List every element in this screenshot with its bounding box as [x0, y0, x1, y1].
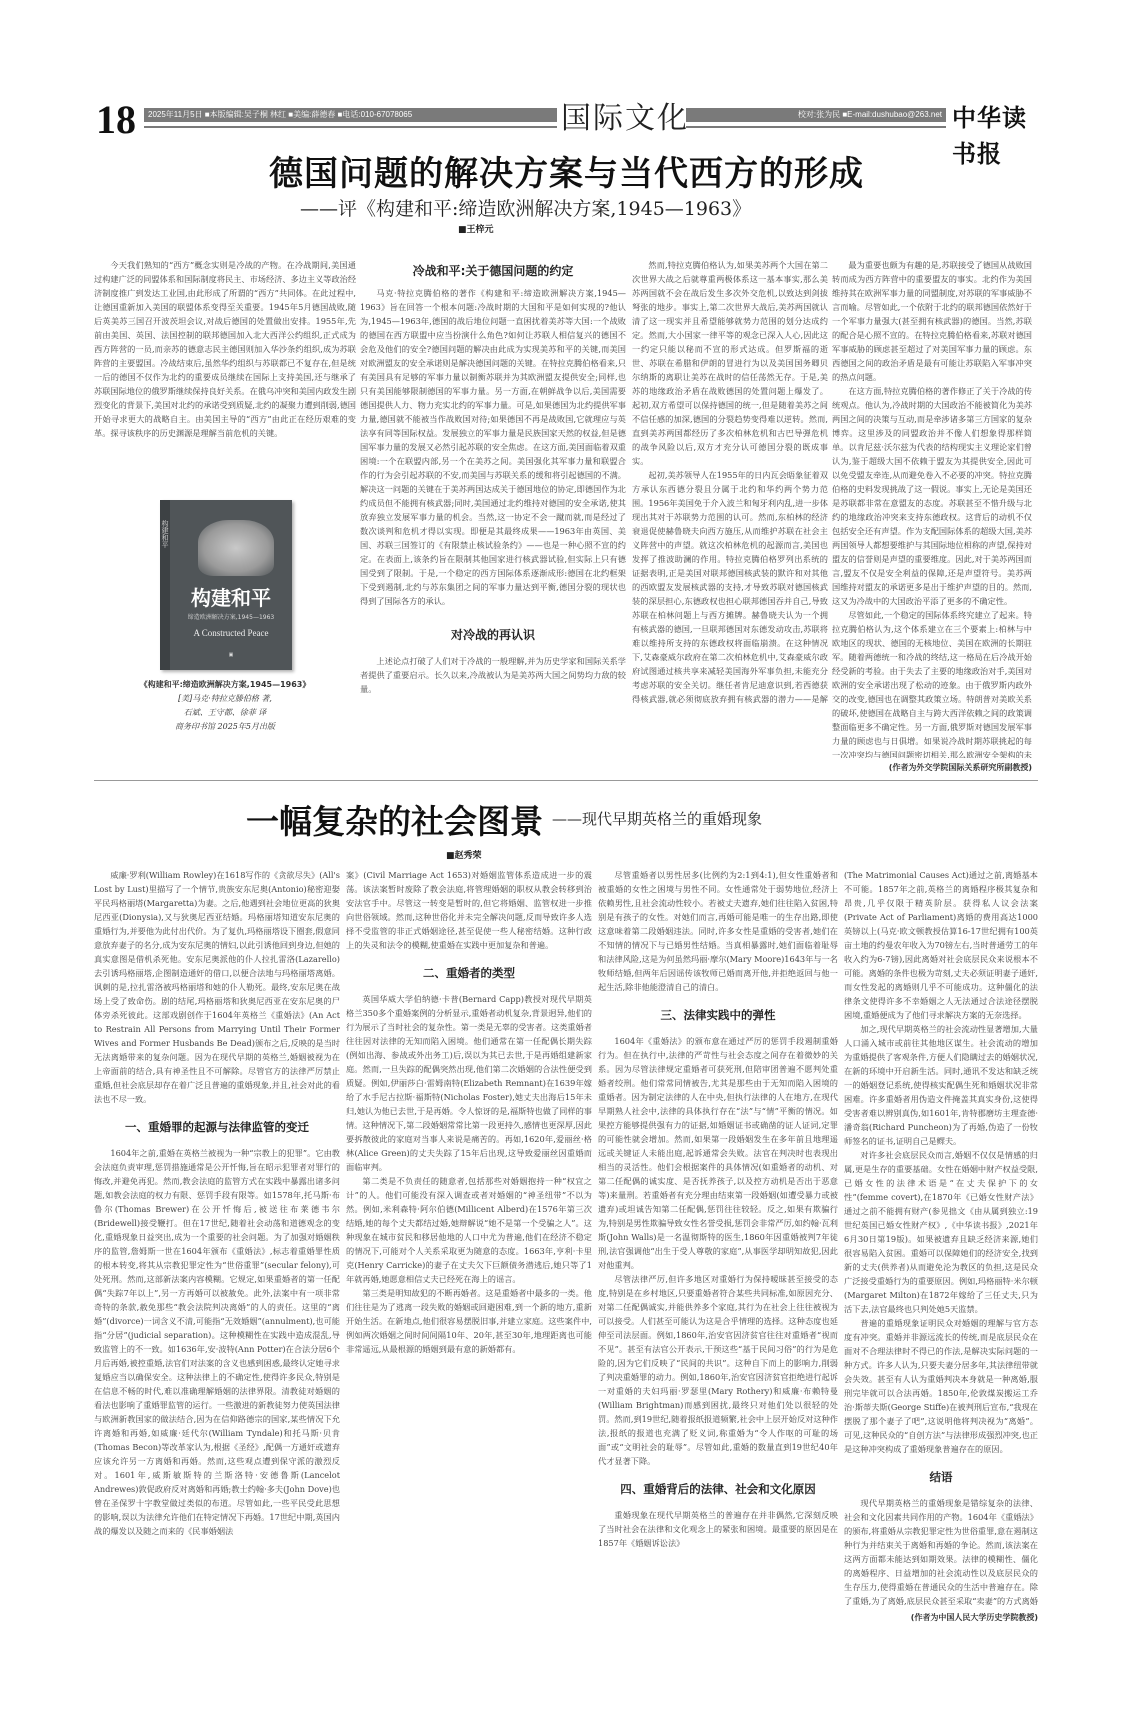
article2-conclusion-heading: 结语 [844, 1466, 1038, 1488]
book-caption-author: [美]马克·特拉克滕伯格 著, [94, 692, 356, 706]
article1-paragraph: 在这方面,特拉克腾伯格的著作修正了关于冷战的传统观点。他认为,冷战时期的大国政治… [832, 384, 1032, 608]
masthead-rule-right [686, 126, 946, 128]
masthead-contact-bar: 校对:张为民 ■E-mail:dushubao@263.net [686, 108, 946, 122]
book-caption: 《构建和平:缔造欧洲解决方案,1945—1963》 [美]马克·特拉克滕伯格 著… [94, 678, 356, 734]
article2-paragraph: 重婚现象在现代早期英格兰的普遍存在并非偶然,它深刻反映了当时社会在法律和文化观念… [598, 1508, 838, 1550]
article1-paragraph: 然而,特拉克腾伯格认为,如果美苏两个大国在第二次世界大战之后就尊重两极体系这一基… [632, 258, 828, 468]
article1-column-4: 最为重要也颇为有趣的是,苏联接受了德国从战败国转而成为西方阵营中的重要盟友的事实… [832, 258, 1032, 758]
masthead: 18 2025年11月5日 ■本版编辑:吴子桐 林红 ■美编:薛德春 ■电话:0… [96, 98, 1046, 142]
article1-section1-heading: 冷战和平:关于德国问题的约定 [360, 260, 626, 282]
book-cover-subtitle: 缔造欧洲解决方案,1945—1963 [170, 612, 292, 621]
article1-intro: 今天我们熟知的“西方”概念实则是冷战的产物。在冷战期间,美国通过构建广泛的同盟体… [94, 258, 356, 440]
article2-byline: ■赵秀荣 [446, 848, 482, 861]
article2-author-note: (作者为中国人民大学历史学院教授) [844, 1612, 1038, 1623]
article2-intro: 威廉·罗利(William Rowley)在1618写作的《贪欲尽失》(All'… [94, 868, 340, 1106]
article1-paragraph: 起初,美苏领导人在1955年的日内瓦会晤象征着双方承认东西德分裂且分属于北约和华… [632, 468, 828, 708]
section-title: 国际文化 [561, 98, 689, 140]
book-cover-image: 构建和平 构建和平 缔造欧洲解决方案,1945—1963 A Construct… [160, 500, 292, 670]
article1-section2-heading: 对冷战的再认识 [360, 624, 626, 646]
article2-paragraph: 尽管重婚者以男性居多(比例约为2:1到4:1),但女性重婚者和被重婚的女性之困境… [598, 868, 838, 994]
article2-paragraph: 尽管法律严厉,但许多地区对重婚行为保持暧昧甚至接受的态度,特别是在乡村地区,只要… [598, 1272, 838, 1468]
article1-title: 德国问题的解决方案与当代西方的形成 [0, 152, 1133, 196]
article1-paragraph: 马克·特拉克腾伯格的著作《构建和平:缔造欧洲解决方案,1945—1963》旨在回… [360, 286, 626, 608]
article-divider [94, 780, 1038, 781]
article2-section2-heading: 二、重婚者的类型 [346, 962, 592, 984]
article2-paragraph: 现代早期英格兰的重婚现象是错综复杂的法律、社会和文化因素共同作用的产物。1604… [844, 1496, 1038, 1608]
article2-column-4: (The Matrimonial Causes Act)通过之前,离婚基本不可能… [844, 868, 1038, 1608]
book-caption-title: 《构建和平:缔造欧洲解决方案,1945—1963》 [94, 678, 356, 692]
article2-paragraph: 英国华威大学伯纳德·卡普(Bernard Capp)教授对现代早期英格兰350多… [346, 992, 592, 1174]
article2-section4-heading: 四、重婚背后的法律、社会和文化原因 [598, 1478, 838, 1500]
article2-section1-heading: 一、重婚罪的起源与法律监管的变迁 [94, 1116, 340, 1138]
book-cover-illustration [198, 520, 274, 576]
newspaper-page: 18 2025年11月5日 ■本版编辑:吴子桐 林红 ■美编:薛德春 ■电话:0… [0, 0, 1133, 1725]
article1-byline: ■王梓元 [458, 222, 494, 235]
article2-column-3: 尽管重婚者以男性居多(比例约为2:1到4:1),但女性重婚者和被重婚的女性之困境… [598, 868, 838, 1608]
article2-title: 一幅复杂的社会图景 [246, 800, 543, 844]
book-cover-publisher: ▣ [170, 652, 292, 658]
article2-paragraph: 1604年《重婚法》的颁布意在通过严厉的惩罚手段遏制重婚行为。但在执行中,法律的… [598, 1034, 838, 1272]
article2-section3-heading: 三、法律实践中的弹性 [598, 1004, 838, 1026]
article1-author-note: (作者为外交学院国际关系研究所副教授) [832, 762, 1032, 773]
article2-paragraph: 普遍的重婚现象证明民众对婚姻的理解与官方态度有冲突。重婚并非源远流长的传统,而是… [844, 1316, 1038, 1456]
article1-column-2: 冷战和平:关于德国问题的约定 马克·特拉克腾伯格的著作《构建和平:缔造欧洲解决方… [360, 258, 626, 758]
article2-paragraph: 1604年之前,重婚在英格兰被视为一种“宗教上的犯罪”。它由教会法庭负责审理,惩… [94, 1146, 340, 1538]
article2-paragraph: 加之,现代早期英格兰的社会流动性显著增加,大量人口涌入城市或前往其他地区谋生。社… [844, 1022, 1038, 1148]
book-caption-translators: 石斌、王守都、徐菲 译 [94, 706, 356, 720]
article1-column-3: 然而,特拉克腾伯格认为,如果美苏两个大国在第二次世界大战之后就尊重两极体系这一基… [632, 258, 828, 708]
book-spine-title: 构建和平 [160, 520, 170, 548]
book-cover-english-title: A Constructed Peace [170, 628, 292, 638]
article2-paragraph: 案》(Civil Marriage Act 1653)对婚姻监管体系造成进一步的… [346, 868, 592, 952]
masthead-info-bar: 2025年11月5日 ■本版编辑:吴子桐 林红 ■美编:薛德春 ■电话:010-… [144, 108, 557, 122]
article1-paragraph: 最为重要也颇为有趣的是,苏联接受了德国从战败国转而成为西方阵营中的重要盟友的事实… [832, 258, 1032, 384]
article2-paragraph: (The Matrimonial Causes Act)通过之前,离婚基本不可能… [844, 868, 1038, 1022]
article2-column-1: 威廉·罗利(William Rowley)在1618写作的《贪欲尽失》(All'… [94, 868, 340, 1608]
article2-column-2: 案》(Civil Marriage Act 1653)对婚姻监管体系造成进一步的… [346, 868, 592, 1608]
article2-subtitle: ——现代早期英格兰的重婚现象 [552, 806, 762, 832]
article2-paragraph: 第三类是明知故犯的不断再婚者。这是重婚者中最多的一类。他们往往是为了逃离一段失败… [346, 1286, 592, 1356]
page-number: 18 [96, 98, 136, 142]
article2-paragraph: 第二类是不负责任的随意者,包括那些对婚姻抱持一种“权宜之计”的人。他们可能没有深… [346, 1174, 592, 1286]
article1-subtitle: ——评《构建和平:缔造欧洲解决方案,1945—1963》 [300, 196, 751, 222]
article1-paragraph: 尽管如此,一个稳定的国际体系终究建立了起来。特拉克腾伯格认为,这个体系建立在三个… [832, 608, 1032, 758]
article1-column-1: 今天我们熟知的“西方”概念实则是冷战的产物。在冷战期间,美国通过构建广泛的同盟体… [94, 258, 356, 508]
book-caption-publisher: 商务印书馆 2025年5月出版 [94, 720, 356, 734]
book-cover-title: 构建和平 [170, 586, 292, 610]
masthead-rule-left [144, 126, 557, 128]
article1-paragraph: 上述论点打破了人们对于冷战的一般理解,并为历史学家和国际关系学者提供了重要启示。… [360, 654, 626, 696]
article2-paragraph: 对许多社会底层民众而言,婚姻不仅仅是情感的归属,更是生存的重要基础。女性在婚姻中… [844, 1148, 1038, 1316]
